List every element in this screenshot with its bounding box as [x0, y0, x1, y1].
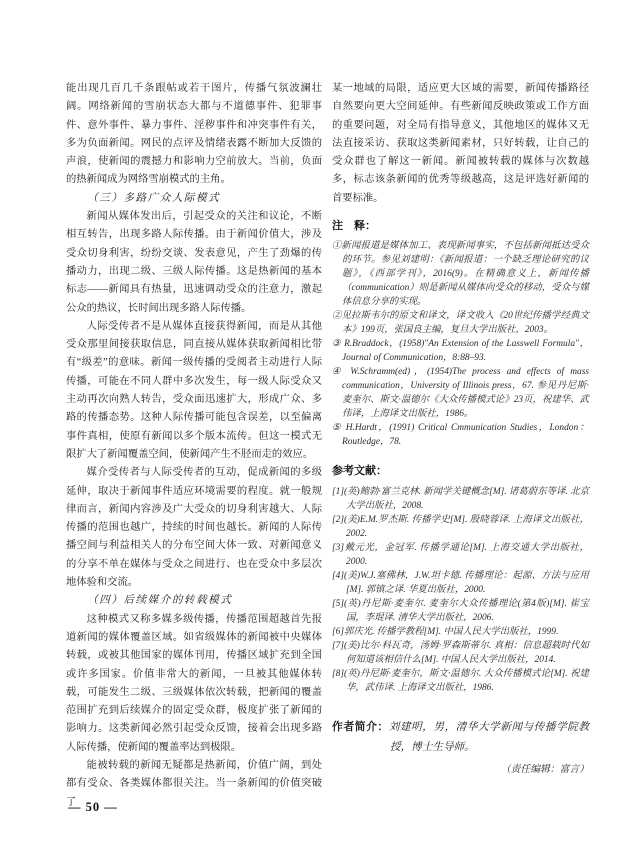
paragraph-continued: 某一地域的局限，适应更大区域的需要，新闻传播路径自然要向更大空间延伸。有些新闻反… — [332, 80, 589, 208]
note-item: ①新闻报道是媒体加工、表现新闻事实，不包括新闻抵达受众的环节。参见刘建明：《新闻… — [332, 239, 589, 309]
note-item: ⑤ H.Hardt，(1991) Critical Cmmunication S… — [332, 421, 589, 449]
author-bio: 作者简介：刘建明，男，清华大学新闻与传播学院教授，博士生导师。 — [332, 717, 589, 758]
notes-list: ①新闻报道是媒体加工、表现新闻事实，不包括新闻抵达受众的环节。参见刘建明：《新闻… — [332, 239, 589, 449]
note-item: ③ R.Braddock，(1958)"An Extension of the … — [332, 337, 589, 365]
author-bio-text: 刘建明，男，清华大学新闻与传播学院教授，博士生导师。 — [389, 722, 589, 753]
author-bio-label: 作者简介： — [332, 721, 389, 733]
paragraph: 人际受传者不是从媒体直接获得新闻，而是从其他受众那里间接获取信息，同直接从媒体获… — [66, 318, 322, 464]
note-item: ②见拉斯韦尔的原文和译文，译文收入《20世纪传播学经典文本》199页，张国良主编… — [332, 309, 589, 337]
reference-item: [5](英)丹尼斯·麦奎尔. 麦奎尔大众传播理论(第4版)[M]. 崔宝国，李琨… — [332, 597, 589, 625]
left-column: 能出现几百几千条跟帖或若干图片，传播气氛波澜壮阔。网络新闻的雪崩状态大都与不道德… — [66, 80, 322, 812]
reference-item: [2](美)E.M.罗杰斯. 传播学史[M]. 殷晓蓉译. 上海译文出版社，20… — [332, 513, 589, 541]
reference-item: [8](英)丹尼斯·麦奎尔，斯文·温德尔. 大众传播模式论[M]. 祝建华，武伟… — [332, 667, 589, 695]
paragraph: 这种模式又称多媒多级传播，传播范围超越首先报道新闻的媒体覆盖区域。如省级媒体的新… — [66, 611, 322, 757]
references-header: 参考文献： — [332, 464, 589, 479]
paragraph: 新闻从媒体发出后，引起受众的关注和议论，不断相互转告，出现多路人际传播。由于新闻… — [66, 208, 322, 318]
page-number: — 50 — — [68, 800, 118, 815]
notes-header: 注 释： — [332, 219, 589, 234]
reference-item: [7](美)比尔·科瓦奇，汤姆·罗森斯蒂尔. 真相：信息超载时代如何知道该相信什… — [332, 639, 589, 667]
note-item: ④ W.Schramm(ed)，(1954)The process and ef… — [332, 365, 589, 421]
section-heading-4: （四）后续媒介的转载模式 — [66, 592, 322, 610]
references-list: [1](英)鲍勃·富兰克林. 新闻学关键概念[M]. 诸葛蔚东等译. 北京大学出… — [332, 485, 589, 695]
section-heading-3: （三）多路广众人际模式 — [66, 190, 322, 208]
paragraph: 媒介受传者与人际受传者的互动，促成新闻的多级延伸，取决于新闻事件适应环境需要的程… — [66, 464, 322, 592]
reference-item: [3]戴元光，金冠军. 传播学通论[M]. 上海交通大学出版社，2000. — [332, 541, 589, 569]
editor-note: （责任编辑：富言） — [332, 762, 589, 778]
reference-item: [4](美)W.J.塞佛林，J.W.坦卡德. 传播理论：起源、方法与应用[M].… — [332, 569, 589, 597]
reference-item: [6]郭庆光. 传播学教程[M]. 中国人民大学出版社，1999. — [332, 625, 589, 639]
right-column: 某一地域的局限，适应更大区域的需要，新闻传播路径自然要向更大空间延伸。有些新闻反… — [332, 80, 589, 778]
reference-item: [1](英)鲍勃·富兰克林. 新闻学关键概念[M]. 诸葛蔚东等译. 北京大学出… — [332, 485, 589, 513]
paragraph-continued: 能出现几百几千条跟帖或若干图片，传播气氛波澜壮阔。网络新闻的雪崩状态大都与不道德… — [66, 80, 322, 190]
document-page: 能出现几百几千条跟帖或若干图片，传播气氛波澜壮阔。网络新闻的雪崩状态大都与不道德… — [0, 0, 642, 864]
